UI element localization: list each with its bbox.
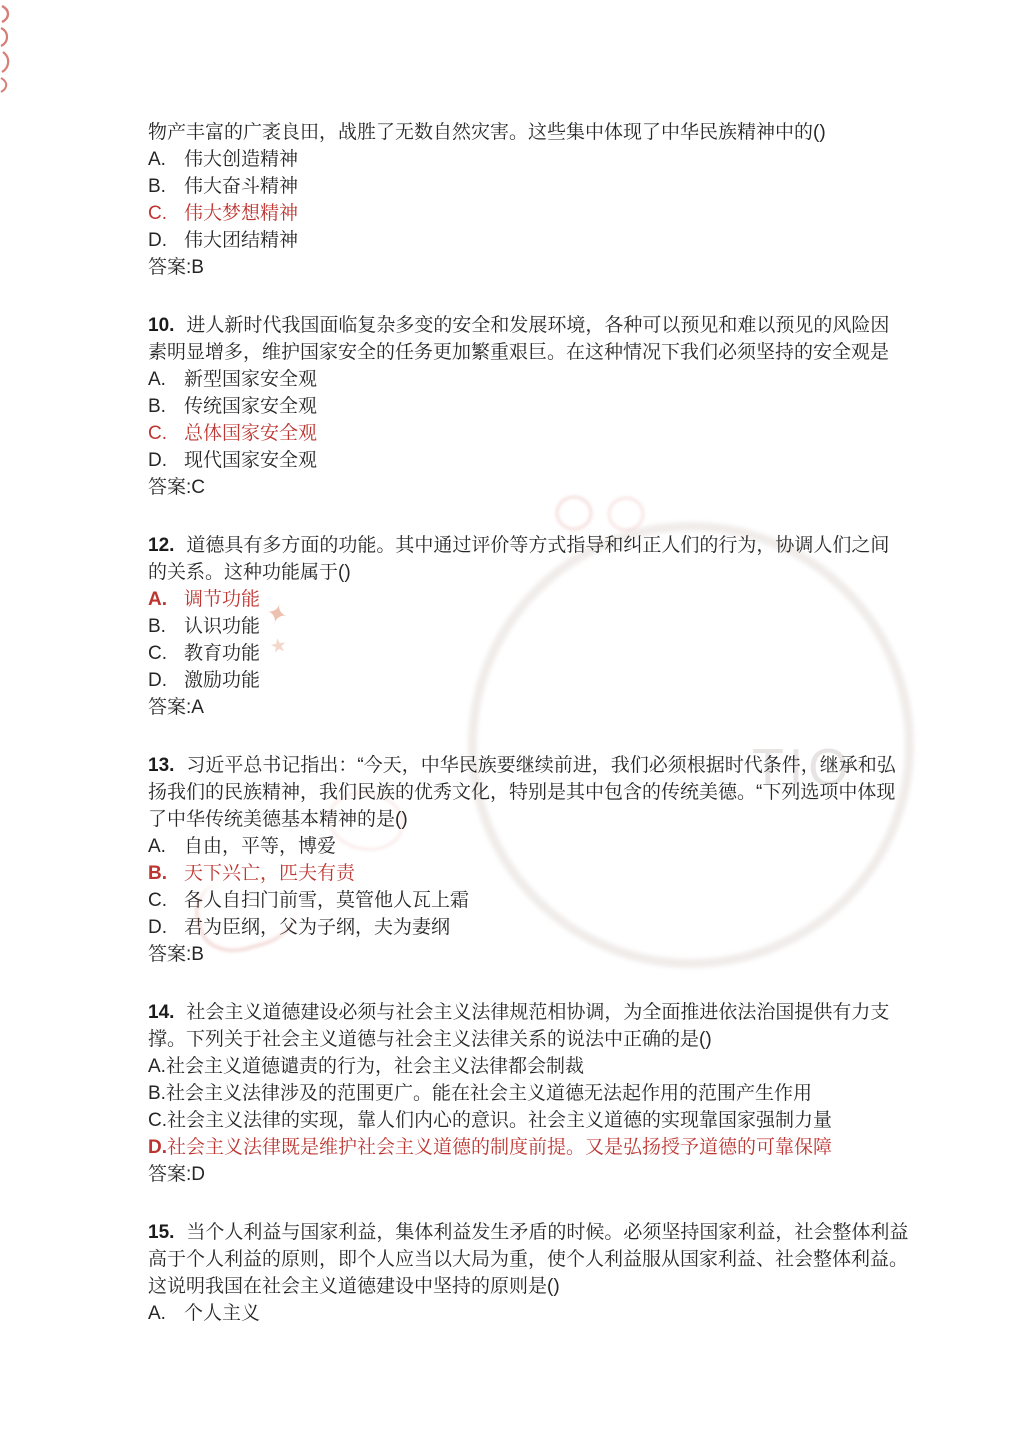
option-text: 天下兴亡，匹夫有责 <box>184 863 355 884</box>
option-line: D.社会主义法律既是维护社会主义道德的制度前提。又是弘扬授予道德的可靠保障 <box>148 1134 878 1161</box>
option-label: C. <box>148 640 184 667</box>
option-text: 社会主义法律既是维护社会主义道德的制度前提。又是弘扬授予道德的可靠保障 <box>167 1137 832 1158</box>
question-stem-line: 高于个人利益的原则，即个人应当以大局为重，使个人利益服从国家利益、社会整体利益。 <box>148 1246 878 1273</box>
question-stem-line: 13.习近平总书记指出：“今天，中华民族要继续前进，我们必须根据时代条件，继承和… <box>148 752 878 779</box>
option-text: 君为臣纲，父为子纲，夫为妻纲 <box>184 917 450 938</box>
option-label: C. <box>148 420 184 447</box>
question-block: 15.当个人利益与国家利益，集体利益发生矛盾的时候。必须坚持国家利益，社会整体利… <box>148 1219 878 1327</box>
option-label: D. <box>148 447 184 474</box>
question-block: 10.进人新时代我国面临复杂多变的安全和发展环境，各种可以预见和难以预见的风险因… <box>148 312 878 501</box>
question-number: 13. <box>148 755 174 776</box>
question-stem-text: 物产丰富的广袤良田，战胜了无数自然灾害。这些集中体现了中华民族精神中的() <box>148 122 826 143</box>
option-label: A. <box>148 366 184 393</box>
option-text: 各人自扫门前雪，莫管他人瓦上霜 <box>184 890 469 911</box>
option-line: C.社会主义法律的实现，靠人们内心的意识。社会主义道德的实现靠国家强制力量 <box>148 1107 878 1134</box>
answer-line: 答案:B <box>148 941 878 968</box>
question-number: 12. <box>148 535 174 556</box>
question-stem-line: 撑。下列关于社会主义道德与社会主义法律关系的说法中正确的是() <box>148 1026 878 1053</box>
option-line: B.认识功能 <box>148 613 878 640</box>
question-stem-line: 素明显增多，维护国家安全的任务更加繁重艰巨。在这种情况下我们必须坚持的安全观是 <box>148 339 878 366</box>
question-stem-line: 10.进人新时代我国面临复杂多变的安全和发展环境，各种可以预见和难以预见的风险因 <box>148 312 878 339</box>
question-number: 10. <box>148 315 174 336</box>
option-text: 认识功能 <box>184 616 260 637</box>
option-text: 激励功能 <box>184 670 260 691</box>
question-block: 12.道德具有多方面的功能。其中通过评价等方式指导和纠正人们的行为，协调人们之间… <box>148 532 878 721</box>
option-label: A. <box>148 1056 166 1077</box>
option-line: C.各人自扫门前雪，莫管他人瓦上霜 <box>148 887 878 914</box>
option-line: A.自由，平等，博爱 <box>148 833 878 860</box>
question-stem-text: 素明显增多，维护国家安全的任务更加繁重艰巨。在这种情况下我们必须坚持的安全观是 <box>148 342 889 363</box>
option-label: A. <box>148 833 184 860</box>
option-line: C.伟大梦想精神 <box>148 200 878 227</box>
option-line: C.总体国家安全观 <box>148 420 878 447</box>
option-text: 传统国家安全观 <box>184 396 317 417</box>
question-stem-text: 社会主义道德建设必须与社会主义法律规范相协调，为全面推进依法治国提供有力支 <box>186 1002 889 1023</box>
option-label: A. <box>148 1300 184 1327</box>
question-number: 15. <box>148 1222 174 1243</box>
answer-line: 答案:B <box>148 254 878 281</box>
answer-line: 答案:C <box>148 474 878 501</box>
option-line: B.传统国家安全观 <box>148 393 878 420</box>
option-line: B.社会主义法律涉及的范围更广。能在社会主义道德无法起作用的范围产生作用 <box>148 1080 878 1107</box>
option-text: 教育功能 <box>184 643 260 664</box>
option-line: A.个人主义 <box>148 1300 878 1327</box>
answer-line: 答案:D <box>148 1161 878 1188</box>
option-label: D. <box>148 227 184 254</box>
option-line: A.新型国家安全观 <box>148 366 878 393</box>
question-stem-line: 这说明我国在社会主义道德建设中坚持的原则是() <box>148 1273 878 1300</box>
option-text: 伟大团结精神 <box>184 230 298 251</box>
option-line: B.伟大奋斗精神 <box>148 173 878 200</box>
question-stem-text: 撑。下列关于社会主义道德与社会主义法律关系的说法中正确的是() <box>148 1029 712 1050</box>
question-stem-text: 扬我们的民族精神，我们民族的优秀文化，特别是其中包含的传统美德。“下列选项中体现 <box>148 782 895 803</box>
option-text: 个人主义 <box>184 1303 260 1324</box>
option-text: 新型国家安全观 <box>184 369 317 390</box>
question-stem-text: 这说明我国在社会主义道德建设中坚持的原则是() <box>148 1276 560 1297</box>
option-line: C.教育功能 <box>148 640 878 667</box>
option-label: C. <box>148 200 184 227</box>
question-stem-text: 习近平总书记指出：“今天，中华民族要继续前进，我们必须根据时代条件，继承和弘 <box>186 755 895 776</box>
option-text: 伟大梦想精神 <box>184 203 298 224</box>
questions-list: 物产丰富的广袤良田，战胜了无数自然灾害。这些集中体现了中华民族精神中的()A.伟… <box>148 119 878 1358</box>
option-label: A. <box>148 586 184 613</box>
question-stem-line: 的关系。这种功能属于() <box>148 559 878 586</box>
document-page: TIO ✦ ★ 物产丰富的广袤良田，战胜了无数自然灾害。这些集中体现了中华民族精… <box>0 0 1014 1437</box>
question-stem-line: 扬我们的民族精神，我们民族的优秀文化，特别是其中包含的传统美德。“下列选项中体现 <box>148 779 878 806</box>
question-stem-line: 15.当个人利益与国家利益，集体利益发生矛盾的时候。必须坚持国家利益，社会整体利… <box>148 1219 878 1246</box>
option-text: 社会主义法律的实现，靠人们内心的意识。社会主义道德的实现靠国家强制力量 <box>167 1110 832 1131</box>
option-label: C. <box>148 1110 167 1131</box>
option-label: D. <box>148 914 184 941</box>
question-stem-line: 物产丰富的广袤良田，战胜了无数自然灾害。这些集中体现了中华民族精神中的() <box>148 119 878 146</box>
question-stem-line: 14.社会主义道德建设必须与社会主义法律规范相协调，为全面推进依法治国提供有力支 <box>148 999 878 1026</box>
option-text: 伟大创造精神 <box>184 149 298 170</box>
option-label: C. <box>148 887 184 914</box>
option-line: D.君为臣纲，父为子纲，夫为妻纲 <box>148 914 878 941</box>
option-label: A. <box>148 146 184 173</box>
answer-line: 答案:A <box>148 694 878 721</box>
option-line: A.社会主义道德谴责的行为，社会主义法律都会制裁 <box>148 1053 878 1080</box>
option-text: 调节功能 <box>184 589 260 610</box>
question-number: 14. <box>148 1002 174 1023</box>
question-block: 物产丰富的广袤良田，战胜了无数自然灾害。这些集中体现了中华民族精神中的()A.伟… <box>148 119 878 281</box>
question-stem-text: 道德具有多方面的功能。其中通过评价等方式指导和纠正人们的行为，协调人们之间 <box>186 535 889 556</box>
question-block: 14.社会主义道德建设必须与社会主义法律规范相协调，为全面推进依法治国提供有力支… <box>148 999 878 1188</box>
option-label: B. <box>148 1083 166 1104</box>
question-stem-text: 当个人利益与国家利益，集体利益发生矛盾的时候。必须坚持国家利益，社会整体利益 <box>186 1222 908 1243</box>
option-label: B. <box>148 613 184 640</box>
option-label: B. <box>148 173 184 200</box>
option-label: B. <box>148 860 184 887</box>
watermark-left-edge-fragments <box>0 2 16 94</box>
option-label: D. <box>148 1137 167 1158</box>
option-text: 现代国家安全观 <box>184 450 317 471</box>
option-text: 社会主义道德谴责的行为，社会主义法律都会制裁 <box>166 1056 584 1077</box>
question-stem-line: 12.道德具有多方面的功能。其中通过评价等方式指导和纠正人们的行为，协调人们之间 <box>148 532 878 559</box>
question-stem-text: 高于个人利益的原则，即个人应当以大局为重，使个人利益服从国家利益、社会整体利益。 <box>148 1249 908 1270</box>
option-text: 自由，平等，博爱 <box>184 836 336 857</box>
option-label: B. <box>148 393 184 420</box>
option-label: D. <box>148 667 184 694</box>
option-line: D.激励功能 <box>148 667 878 694</box>
question-stem-line: 了中华传统美德基本精神的是() <box>148 806 878 833</box>
question-stem-text: 进人新时代我国面临复杂多变的安全和发展环境，各种可以预见和难以预见的风险因 <box>186 315 889 336</box>
option-text: 总体国家安全观 <box>184 423 317 444</box>
option-text: 社会主义法律涉及的范围更广。能在社会主义道德无法起作用的范围产生作用 <box>166 1083 812 1104</box>
option-line: D.现代国家安全观 <box>148 447 878 474</box>
question-stem-text: 的关系。这种功能属于() <box>148 562 351 583</box>
option-line: A.调节功能 <box>148 586 878 613</box>
question-block: 13.习近平总书记指出：“今天，中华民族要继续前进，我们必须根据时代条件，继承和… <box>148 752 878 968</box>
option-text: 伟大奋斗精神 <box>184 176 298 197</box>
option-line: A.伟大创造精神 <box>148 146 878 173</box>
option-line: B.天下兴亡，匹夫有责 <box>148 860 878 887</box>
question-stem-text: 了中华传统美德基本精神的是() <box>148 809 408 830</box>
option-line: D.伟大团结精神 <box>148 227 878 254</box>
